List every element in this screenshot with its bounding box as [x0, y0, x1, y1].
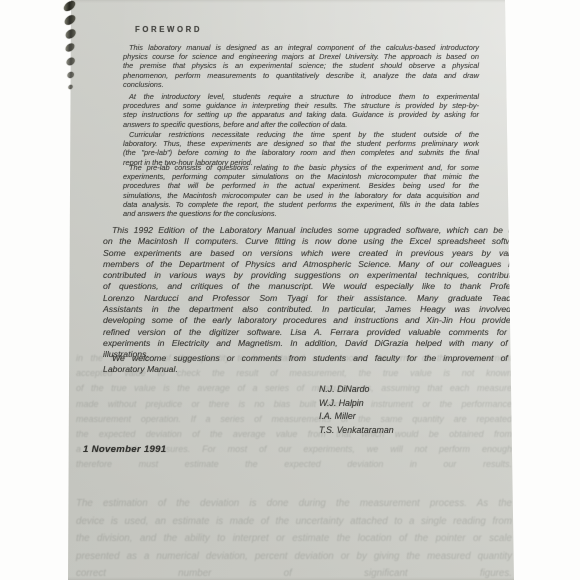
- photo-canvas: { "heading": "FOREWORD", "paragraphs": […: [0, 0, 580, 580]
- ghost-text-line: the division, and the ability to interpr…: [76, 530, 512, 548]
- foreword-paragraph-1: This laboratory manual is designed as an…: [123, 43, 479, 89]
- foreword-paragraph-4: The pre-lab consists of questions relati…: [123, 163, 479, 218]
- page-title: FOREWORD: [135, 25, 202, 34]
- date-line: 1 November 1991: [83, 444, 166, 455]
- ghost-text-line: device is used, an estimate is made of t…: [76, 513, 512, 531]
- text-line: members of the Department of Physics and…: [103, 259, 527, 270]
- foreword-paragraph-6: We welcome suggestions or comments from …: [103, 353, 527, 376]
- text-line: on the Macintosh II computers. Curve fit…: [103, 236, 527, 247]
- foreword-paragraph-3: Curricular restrictions necessitate redu…: [123, 130, 479, 167]
- text-line: phenomenon, perform measurements to quan…: [123, 71, 479, 80]
- text-line: Laboratory Manual.: [103, 364, 527, 375]
- signatory-name: N.J. DiNardo: [319, 383, 394, 397]
- text-line: refined version of the digitizer softwar…: [103, 327, 527, 338]
- signatories-list: N.J. DiNardoW.J. HalpinI.A. MillerT.S. V…: [319, 383, 394, 437]
- text-line: laboratory. Thus, these experiments are …: [123, 139, 479, 148]
- foreword-paragraph-5: This 1992 Edition of the Laboratory Manu…: [103, 225, 527, 361]
- text-line: We welcome suggestions or comments from …: [103, 353, 527, 364]
- document-page: in the two cases of the quantity to be o…: [0, 0, 580, 580]
- ghost-text-line: therefore must estimate the expected dev…: [76, 457, 512, 472]
- text-line: experiments, performing computer simulat…: [123, 172, 479, 181]
- signatory-name: W.J. Halpin: [319, 397, 394, 411]
- text-line: and answers the questions for the conclu…: [123, 209, 479, 218]
- text-line: experiments in Electricity and Magnetism…: [103, 338, 527, 349]
- text-line: answers to specific questions, before an…: [123, 120, 479, 129]
- signatory-name: I.A. Miller: [319, 410, 394, 424]
- ghost-text-line: presented as a numerical deviation, perc…: [76, 548, 512, 566]
- text-line: Lorenzo Narducci and Professor Som Tyagi…: [103, 293, 527, 304]
- ghost-text-line: made without prejudice or there is no bi…: [76, 397, 512, 412]
- ghost-text-line: correct number of significant figures.: [76, 565, 512, 580]
- text-line: Curricular restrictions necessitate redu…: [123, 130, 479, 139]
- text-line: procedures that will be performed in the…: [123, 181, 479, 190]
- signatory-name: T.S. Venkataraman: [319, 424, 394, 438]
- text-line: simulations, the Macintosh microcomputer…: [123, 191, 479, 200]
- text-line: The pre-lab consists of questions relati…: [123, 163, 479, 172]
- ghost-text-line: The estimation of the deviation is done …: [76, 495, 512, 513]
- text-line: At the introductory level, students requ…: [123, 92, 479, 101]
- ghost-text-line: measurement operation. If a series of me…: [76, 412, 512, 427]
- text-line: Assistants in the department also contri…: [103, 304, 527, 315]
- text-line: developing some of the early laboratory …: [103, 315, 527, 326]
- text-line: of questions, and critiques of the manus…: [103, 281, 527, 292]
- text-line: This 1992 Edition of the Laboratory Manu…: [103, 225, 527, 236]
- text-line: conclusions.: [123, 80, 479, 89]
- text-line: step instructions for setting up the app…: [123, 110, 479, 119]
- show-through-text-lower: The estimation of the deviation is done …: [76, 495, 512, 580]
- ghost-text-line: the expected deviation of the average va…: [76, 427, 512, 442]
- text-line: data analysis. To complete the report, t…: [123, 200, 479, 209]
- text-line: contributed in various ways by providing…: [103, 270, 527, 281]
- text-line: procedures and some guidance in interpre…: [123, 101, 479, 110]
- text-line: the premise that physics is an experimen…: [123, 61, 479, 70]
- text-line: (the "pre-lab") before coming to the lab…: [123, 148, 479, 157]
- text-line: Some experiments are based on versions w…: [103, 248, 527, 259]
- text-line: This laboratory manual is designed as an…: [123, 43, 479, 52]
- text-line: physics course for science and engineeri…: [123, 52, 479, 61]
- foreword-paragraph-2: At the introductory level, students requ…: [123, 92, 479, 129]
- ghost-text-line: of the true value is the average of a se…: [76, 381, 512, 396]
